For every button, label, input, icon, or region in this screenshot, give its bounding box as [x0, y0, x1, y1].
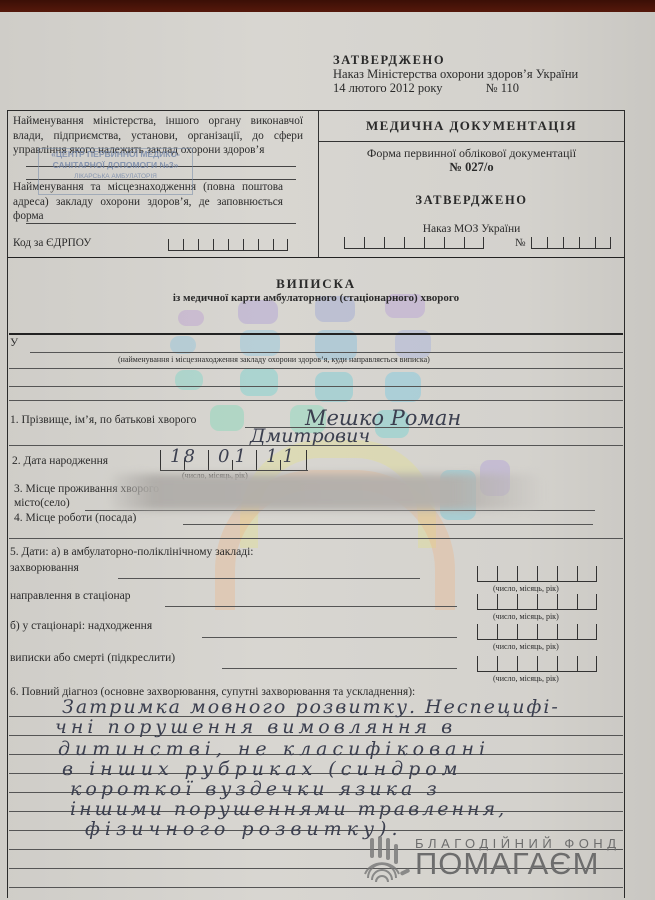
city-label: місто(село) — [14, 497, 70, 509]
stamp-line-1: «ЦЕНТР ПЕРВИННОЇ МЕДИКО- — [39, 149, 192, 160]
referral-label: направлення в стаціонар — [10, 590, 131, 602]
order-number-label: № — [515, 237, 526, 249]
line — [9, 368, 623, 369]
fund-watermark: БЛАГОДІЙНИЙ ФОНД ПОМАГАЄМ — [415, 836, 621, 879]
referral-date-hint: (число, місяць, рік) — [493, 612, 559, 621]
illness-date-hint: (число, місяць, рік) — [493, 584, 559, 593]
illness-date-cells[interactable] — [477, 566, 597, 578]
form-number: № 027/о — [449, 160, 493, 174]
discharge-label: виписки або смерті (підкреслити) — [10, 652, 175, 664]
diagnosis-line: фізичного розвитку). — [85, 818, 403, 840]
order-number-cells[interactable] — [531, 237, 611, 249]
diagnosis-line: чні порушення вимовляння в — [55, 716, 456, 738]
work-field-line[interactable] — [183, 524, 593, 525]
institution-stamp: «ЦЕНТР ПЕРВИННОЇ МЕДИКО- САНІТАРНОЇ ДОПО… — [38, 148, 193, 195]
patient-patronymic-value[interactable]: Дмитрович — [250, 425, 370, 447]
admission-date-cells[interactable] — [477, 624, 597, 636]
document-subtitle: із медичної карти амбулаторного (стаціон… — [7, 292, 625, 304]
redacted-address — [110, 474, 540, 510]
diagnosis-line: дитинстві, не класифіковані — [58, 738, 490, 760]
to-field-line[interactable] — [30, 352, 623, 353]
illness-label: захворювання — [10, 562, 79, 574]
moz-order: Наказ МОЗ України — [319, 223, 624, 235]
line — [9, 538, 623, 539]
approval-block-top: ЗАТВЕРДЖЕНО Наказ Міністерства охорони з… — [333, 53, 578, 95]
edrpou-cells[interactable] — [168, 239, 288, 251]
diagnosis-line: короткої вуздечки язика з — [70, 778, 441, 800]
residence-field-line[interactable] — [85, 510, 595, 511]
referral-date-cells[interactable] — [477, 594, 597, 606]
admission-date-hint: (число, місяць, рік) — [493, 642, 559, 651]
facility-line — [26, 223, 296, 224]
discharge-field-line[interactable] — [222, 668, 457, 669]
dates-label: 5. Дати: а) в амбулаторно-поліклінічному… — [10, 546, 253, 558]
approval-date: 14 лютого 2012 року — [333, 81, 443, 95]
line — [9, 445, 623, 446]
order-date-cells[interactable] — [344, 237, 484, 249]
admission-label: б) у стаціонарі: надходження — [10, 620, 152, 632]
dob-month: 01 — [218, 446, 251, 467]
medical-documentation-title: МЕДИЧНА ДОКУМЕНТАЦІЯ — [319, 111, 624, 142]
dob-year: 11 — [266, 446, 299, 467]
admission-field-line[interactable] — [202, 637, 457, 638]
approved-title: ЗАТВЕРДЖЕНО — [319, 193, 624, 208]
dob-cells[interactable]: 18 01 11 — [160, 450, 308, 471]
form-line: Форма первинної облікової документації — [319, 146, 624, 160]
dob-label: 2. Дата народження — [12, 455, 108, 467]
dob-day: 18 — [170, 446, 197, 467]
header-right-section: МЕДИЧНА ДОКУМЕНТАЦІЯ Форма первинної обл… — [319, 111, 624, 257]
line — [245, 427, 623, 428]
approval-order: Наказ Міністерства охорони здоров’я Укра… — [333, 67, 578, 81]
patient-name-label: 1. Прізвище, ім’я, по батькові хворого — [10, 414, 196, 426]
illness-field-line[interactable] — [118, 578, 420, 579]
approval-title: ЗАТВЕРДЖЕНО — [333, 53, 578, 67]
divider — [9, 333, 623, 335]
fund-name: ПОМАГАЄМ — [415, 849, 621, 879]
to-hint: (найменування і місцезнаходження закладу… — [118, 355, 430, 364]
approval-number: № 110 — [486, 81, 519, 95]
stamp-line-3: ЛІКАРСЬКА АМБУЛАТОРІЯ — [39, 171, 192, 182]
discharge-date-cells[interactable] — [477, 656, 597, 668]
diagnosis-line: в інших рубриках (синдром — [62, 758, 463, 780]
line — [9, 400, 623, 401]
edrpou-label: Код за ЄДРПОУ — [13, 237, 91, 249]
work-label: 4. Місце роботи (посада) — [14, 512, 136, 524]
line — [9, 386, 623, 387]
stamp-line-2: САНІТАРНОЇ ДОПОМОГИ №3» — [39, 160, 192, 171]
hand-logo-icon — [362, 834, 412, 890]
form-info: Форма первинної облікової документації №… — [319, 146, 624, 174]
diagnosis-line: Затримка мовного розвитку. Неспецифі- — [62, 696, 560, 718]
referral-field-line[interactable] — [165, 606, 457, 607]
diagnosis-line: іншими порушеннями травлення, — [70, 798, 507, 820]
line — [9, 887, 623, 888]
to-label: У — [10, 337, 18, 349]
approval-date-line: 14 лютого 2012 року № 110 — [333, 81, 578, 95]
discharge-date-hint: (число, місяць, рік) — [493, 674, 559, 683]
document-title: ВИПИСКА — [7, 276, 625, 292]
